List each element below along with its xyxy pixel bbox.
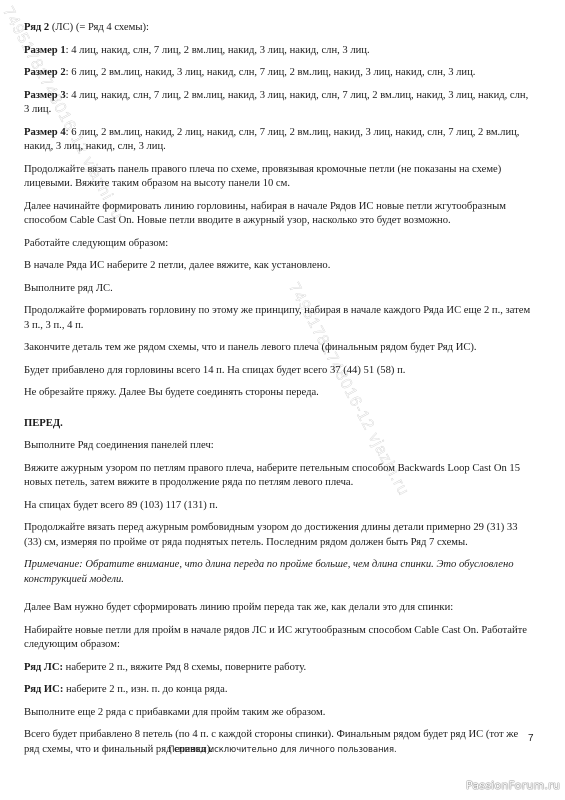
size-text: : 6 лиц, 2 вм.лиц, накид, 3 лиц, накид, … (66, 67, 476, 78)
paragraph: В начале Ряда ИС наберите 2 петли, далее… (24, 259, 536, 274)
size-label: Размер 3 (24, 90, 66, 101)
section-heading-front: ПЕРЕД. (24, 417, 536, 432)
paragraph: Выполните ряд ЛС. (24, 282, 536, 297)
paragraph: Выполните еще 2 ряда с прибавками для пр… (24, 706, 536, 721)
row-header-text: (ЛС) (= Ряд 4 схемы): (49, 22, 149, 33)
paragraph: Продолжайте формировать горловину по это… (24, 304, 536, 333)
size-text: : 4 лиц, накид, слн, 7 лиц, 2 вм.лиц, на… (66, 45, 370, 56)
size-2-instructions: Размер 2: 6 лиц, 2 вм.лиц, накид, 3 лиц,… (24, 66, 536, 81)
paragraph: Закончите деталь тем же рядом схемы, что… (24, 341, 536, 356)
rs-row-instruction: Ряд ЛС: наберите 2 п., вяжите Ряд 8 схем… (24, 661, 536, 676)
size-label: Размер 1 (24, 45, 66, 56)
paragraph: Не обрезайте пряжу. Далее Вы будете соед… (24, 386, 536, 401)
row-label: Ряд 2 (24, 22, 49, 33)
row-label: Ряд ИС: (24, 684, 63, 695)
row-text: наберите 2 п., вяжите Ряд 8 схемы, повер… (63, 662, 306, 673)
paragraph: Работайте следующим образом: (24, 237, 536, 252)
paragraph: Продолжайте вязать перед ажурным ромбови… (24, 521, 536, 550)
size-1-instructions: Размер 1: 4 лиц, накид, слн, 7 лиц, 2 вм… (24, 44, 536, 59)
ws-row-instruction: Ряд ИС: наберите 2 п., изн. п. до конца … (24, 683, 536, 698)
size-label: Размер 2 (24, 67, 66, 78)
paragraph: Продолжайте вязать панель правого плеча … (24, 163, 536, 192)
document-page: 74951781748016-12 vjazhi.ru 749517817480… (0, 0, 565, 800)
note: Примечание: Обратите внимание, что длина… (24, 558, 536, 587)
size-text: : 6 лиц, 2 вм.лиц, накид, 2 лиц, накид, … (24, 127, 519, 153)
row-2-header: Ряд 2 (ЛС) (= Ряд 4 схемы): (24, 21, 536, 36)
site-watermark-logo: PassionForum.ru (466, 779, 560, 792)
footer-notice: Перевод исключительно для личного пользо… (0, 744, 565, 754)
size-3-instructions: Размер 3: 4 лиц, накид, слн, 7 лиц, 2 вм… (24, 89, 536, 118)
size-text: : 4 лиц, накид, слн, 7 лиц, 2 вм.лиц, на… (24, 90, 528, 116)
document-body: Ряд 2 (ЛС) (= Ряд 4 схемы): Размер 1: 4 … (24, 21, 536, 765)
paragraph: Вяжите ажурным узором по петлям правого … (24, 462, 536, 491)
page-number: 7 (528, 733, 534, 744)
paragraph: Будет прибавлено для горловины всего 14 … (24, 364, 536, 379)
paragraph: Выполните Ряд соединения панелей плеч: (24, 439, 536, 454)
row-label: Ряд ЛС: (24, 662, 63, 673)
row-text: наберите 2 п., изн. п. до конца ряда. (63, 684, 227, 695)
paragraph: Набирайте новые петли для пройм в начале… (24, 624, 536, 653)
size-label: Размер 4 (24, 127, 66, 138)
paragraph: На спицах будет всего 89 (103) 117 (131)… (24, 499, 536, 514)
size-4-instructions: Размер 4: 6 лиц, 2 вм.лиц, накид, 2 лиц,… (24, 126, 536, 155)
paragraph: Далее начинайте формировать линию горлов… (24, 200, 536, 229)
paragraph: Далее Вам нужно будет сформировать линию… (24, 601, 536, 616)
